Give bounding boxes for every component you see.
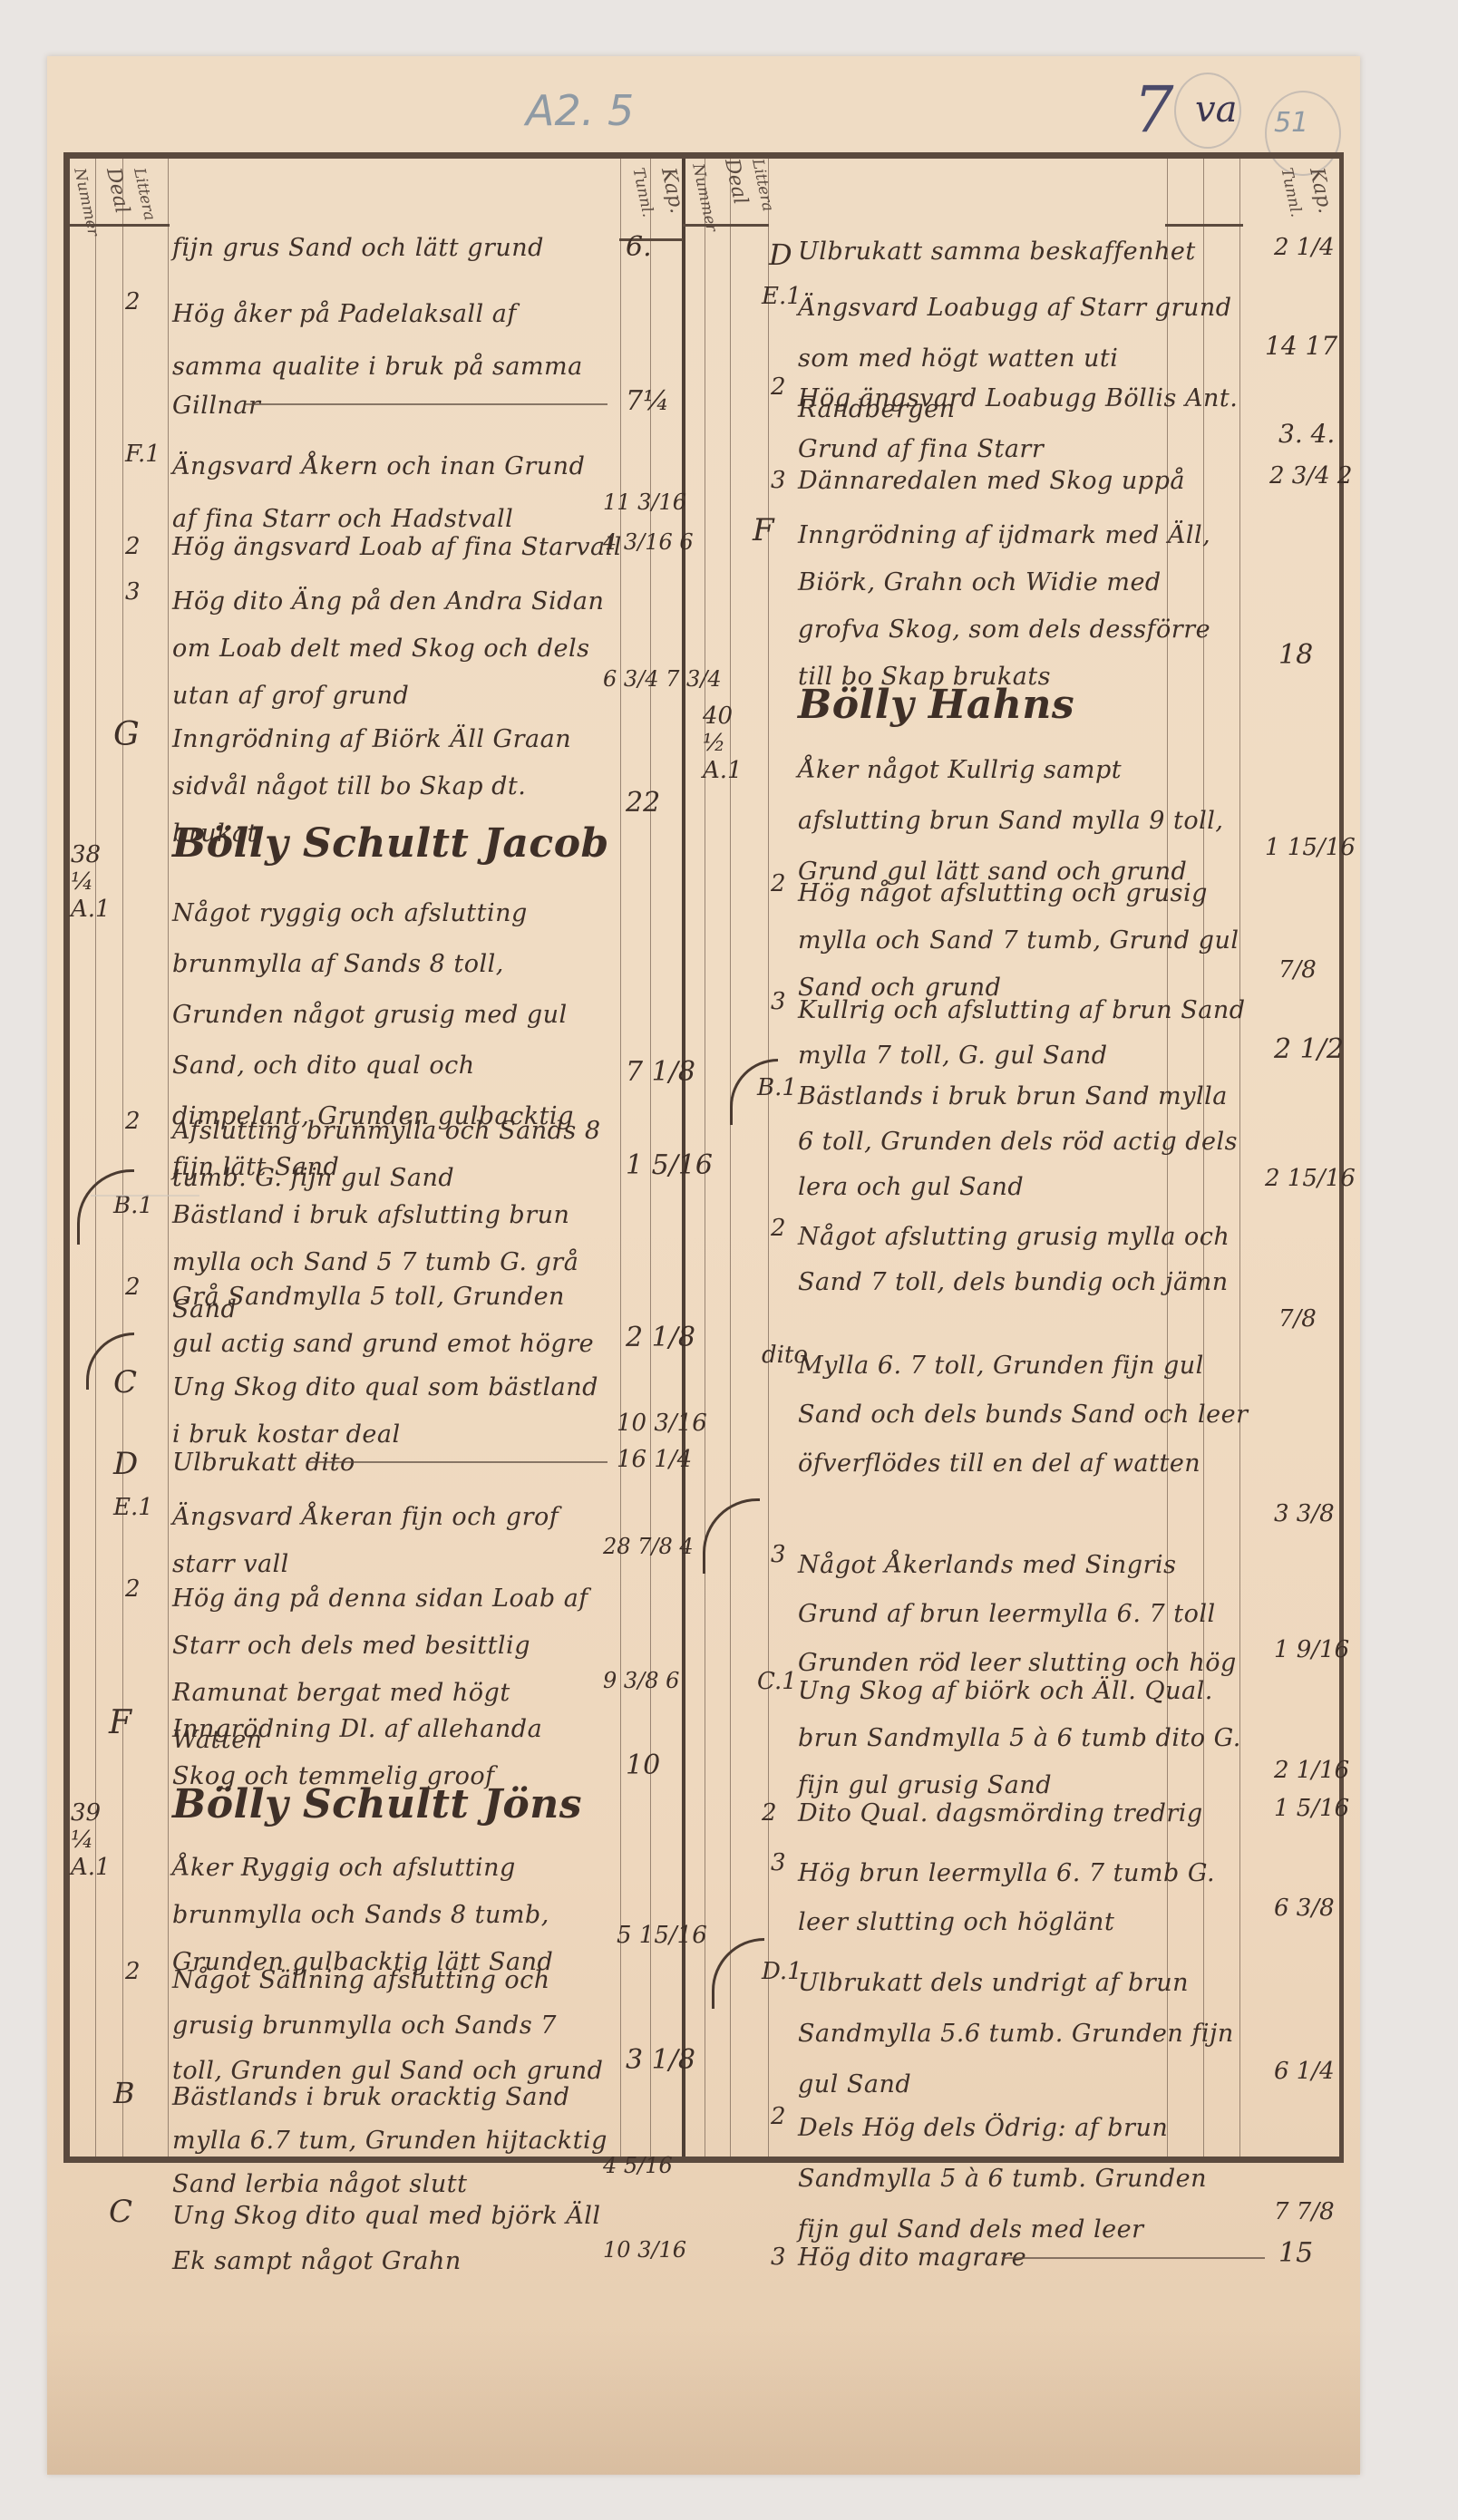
- entry-marker: E.1: [113, 1494, 153, 1521]
- entry-value: 7/8: [1278, 956, 1317, 984]
- folio-number: 51: [1274, 107, 1308, 139]
- entry-marker: D.1: [762, 1958, 802, 1985]
- entry-text: Dännaredalen med Skog uppå: [798, 467, 1185, 495]
- entry-text: Bästlands i bruk brun Sand mylla 6 toll,…: [798, 1074, 1251, 1210]
- entry-marker: 2: [771, 1215, 786, 1242]
- entry-heading: Bölly Hahns: [798, 682, 1074, 728]
- entry-marker: 38 ¼ A.1: [71, 841, 111, 923]
- entry-marker: 2: [771, 373, 786, 401]
- archive-pencil-mark: A2. 5: [526, 86, 634, 135]
- entry-marker: 3: [125, 578, 141, 606]
- entry-text: Hög ängsvard Loab af fina Starvall: [172, 533, 622, 561]
- entry-text: Dels Hög dels Ödrig: af brun Sandmylla 5…: [798, 2103, 1251, 2255]
- entry-marker: 3: [771, 988, 786, 1015]
- entry-marker: 2: [125, 533, 141, 560]
- entry-text: Ung Skog af biörk och Äll. Qual. brun Sa…: [798, 1668, 1251, 1809]
- entry-value: 5 15/16: [617, 1922, 707, 1949]
- entry-value: 9 3/8 6: [603, 1668, 679, 1693]
- entry-value: 7¼: [626, 385, 669, 417]
- entry-marker: E.1: [762, 283, 802, 310]
- entry-value: 4 5/16: [603, 2153, 673, 2178]
- entry-value: 11 3/16: [603, 489, 686, 515]
- entry-marker: 2: [762, 1799, 777, 1827]
- entry-value: 28 7/8 4: [603, 1534, 694, 1559]
- entry-text: Inngrödning af ijdmark med Äll, Biörk, G…: [798, 512, 1251, 701]
- entry-value: 6 3/8: [1274, 1895, 1335, 1922]
- entry-text: Kullrig och afslutting af brun Sand myll…: [798, 988, 1251, 1079]
- entry-marker: G: [113, 716, 140, 753]
- entry-value: 10: [626, 1749, 660, 1781]
- entry-text: Något Sällning afslutting och grusig bru…: [172, 1958, 607, 2094]
- entry-text: Något Åkerlands med Singris Grund af bru…: [798, 1541, 1251, 1688]
- entry-text: Ulbrukatt dels undrigt af brun Sandmylla…: [798, 1958, 1251, 2110]
- entry-value: 2 1/16: [1274, 1757, 1349, 1784]
- entry-value: 14 17: [1265, 331, 1337, 361]
- entry-marker: C: [109, 2194, 132, 2230]
- entry-marker: F.1: [125, 441, 160, 468]
- entry-marker: 3: [771, 1849, 786, 1876]
- entry-marker: 2: [125, 288, 141, 315]
- entry-text: Ung Skog dito qual med björk Äll Ek samp…: [172, 2194, 607, 2284]
- entry-text: Grå Sandmylla 5 toll, Grunden gul actig …: [172, 1274, 607, 1368]
- entry-marker: 40 ½ A.1: [703, 703, 743, 784]
- entry-text: Mylla 6. 7 toll, Grunden fijn gul Sand o…: [798, 1342, 1251, 1488]
- entry-value: 2 1/2: [1274, 1033, 1344, 1065]
- entry-marker: 2: [771, 2103, 786, 2130]
- entry-value: 3 1/8: [626, 2044, 695, 2076]
- entry-value: 16 1/4: [617, 1446, 692, 1473]
- entry-value: 3. 4.: [1278, 419, 1335, 449]
- entry-text: Bästlands i bruk oracktig Sand mylla 6.7…: [172, 2076, 607, 2206]
- entry-value: 2 1/4: [1274, 234, 1335, 261]
- entry-marker: F: [753, 512, 774, 548]
- entry-marker: 2: [125, 1274, 141, 1301]
- entry-marker: 2: [125, 1958, 141, 1985]
- entry-value: 15: [1278, 2237, 1313, 2269]
- entry-marker: 3: [771, 1541, 786, 1568]
- entry-text: Ängsvard Åkeran fijn och grof starr vall: [172, 1494, 607, 1588]
- entry-text: Hög dito Äng på den Andra Sidan om Loab …: [172, 578, 607, 720]
- entry-text: Hög brun leermylla 6. 7 tumb G. leer slu…: [798, 1849, 1251, 1947]
- entry-text: Hög åker på Padelaksall af samma qualite…: [172, 288, 607, 393]
- entry-text: Hög dito magrare: [798, 2244, 1026, 2272]
- paper-crease: [91, 1195, 199, 1197]
- entry-marker: 39 ¼ A.1: [71, 1799, 111, 1881]
- entry-value: 2 3/4 2: [1269, 462, 1352, 489]
- entry-marker: 3: [771, 467, 786, 494]
- entry-value: 18: [1278, 639, 1313, 671]
- entry-marker: B.1: [757, 1074, 797, 1101]
- entry-heading: Bölly Schultt Jöns: [172, 1781, 582, 1827]
- entry-marker: 3: [771, 2244, 786, 2271]
- entry-marker: C.1: [757, 1668, 797, 1695]
- entry-value: 4 3/16 6: [603, 529, 694, 555]
- entry-marker: D: [113, 1446, 138, 1482]
- entry-value: 2 15/16: [1265, 1165, 1356, 1192]
- entry-text: Ung Skog dito qual som bästland i bruk k…: [172, 1364, 607, 1459]
- entry-text: Gillnar: [172, 392, 260, 420]
- entry-value: 1 5/16: [626, 1149, 713, 1181]
- entry-value: 1 5/16: [1274, 1795, 1349, 1822]
- entry-text: Hög ängsvard Loabugg Böllis Ant. Grund a…: [798, 373, 1251, 475]
- entry-value: 3 3/8: [1274, 1500, 1335, 1527]
- entry-marker: 2: [125, 1108, 141, 1135]
- entry-marker: 2: [771, 870, 786, 897]
- entry-marker: D: [769, 237, 792, 272]
- entry-text: Något afslutting grusig mylla och Sand 7…: [798, 1215, 1251, 1305]
- entry-value: 22: [626, 787, 660, 819]
- entry-value: 10 3/16: [603, 2237, 686, 2263]
- entry-text: Ängsvard Åkern och inan Grund af fina St…: [172, 441, 607, 546]
- entry-value: 1 15/16: [1265, 834, 1356, 861]
- entry-text: fijn grus Sand och lätt grund: [172, 234, 544, 262]
- entry-value: 7 1/8: [626, 1056, 695, 1088]
- entry-marker: 2: [125, 1575, 141, 1603]
- entry-text: Dito Qual. dagsmörding tredrig: [798, 1799, 1203, 1827]
- entry-value: 7 7/8: [1274, 2198, 1335, 2225]
- entry-text: Afslutting brunmylla och Sands 8 tumb. G…: [172, 1108, 607, 1202]
- ink-note: va: [1195, 89, 1237, 131]
- entry-marker: F: [109, 1704, 131, 1741]
- entry-value: 6.: [626, 231, 652, 263]
- entry-value: 2 1/8: [626, 1322, 695, 1353]
- entry-value: 6 1/4: [1274, 2058, 1335, 2085]
- entry-value: 7/8: [1278, 1305, 1317, 1333]
- entry-text: Ulbrukatt samma beskaffenhet: [798, 237, 1196, 266]
- entry-value: 1 9/16: [1274, 1636, 1349, 1663]
- entry-value: 6 3/4 7 3/4: [603, 666, 722, 692]
- entry-marker: B: [113, 2076, 135, 2110]
- entry-marker: C: [113, 1364, 137, 1401]
- entry-heading: Bölly Schultt Jacob: [172, 820, 609, 867]
- entry-value: 10 3/16: [617, 1410, 707, 1437]
- page-number: 7: [1133, 73, 1174, 147]
